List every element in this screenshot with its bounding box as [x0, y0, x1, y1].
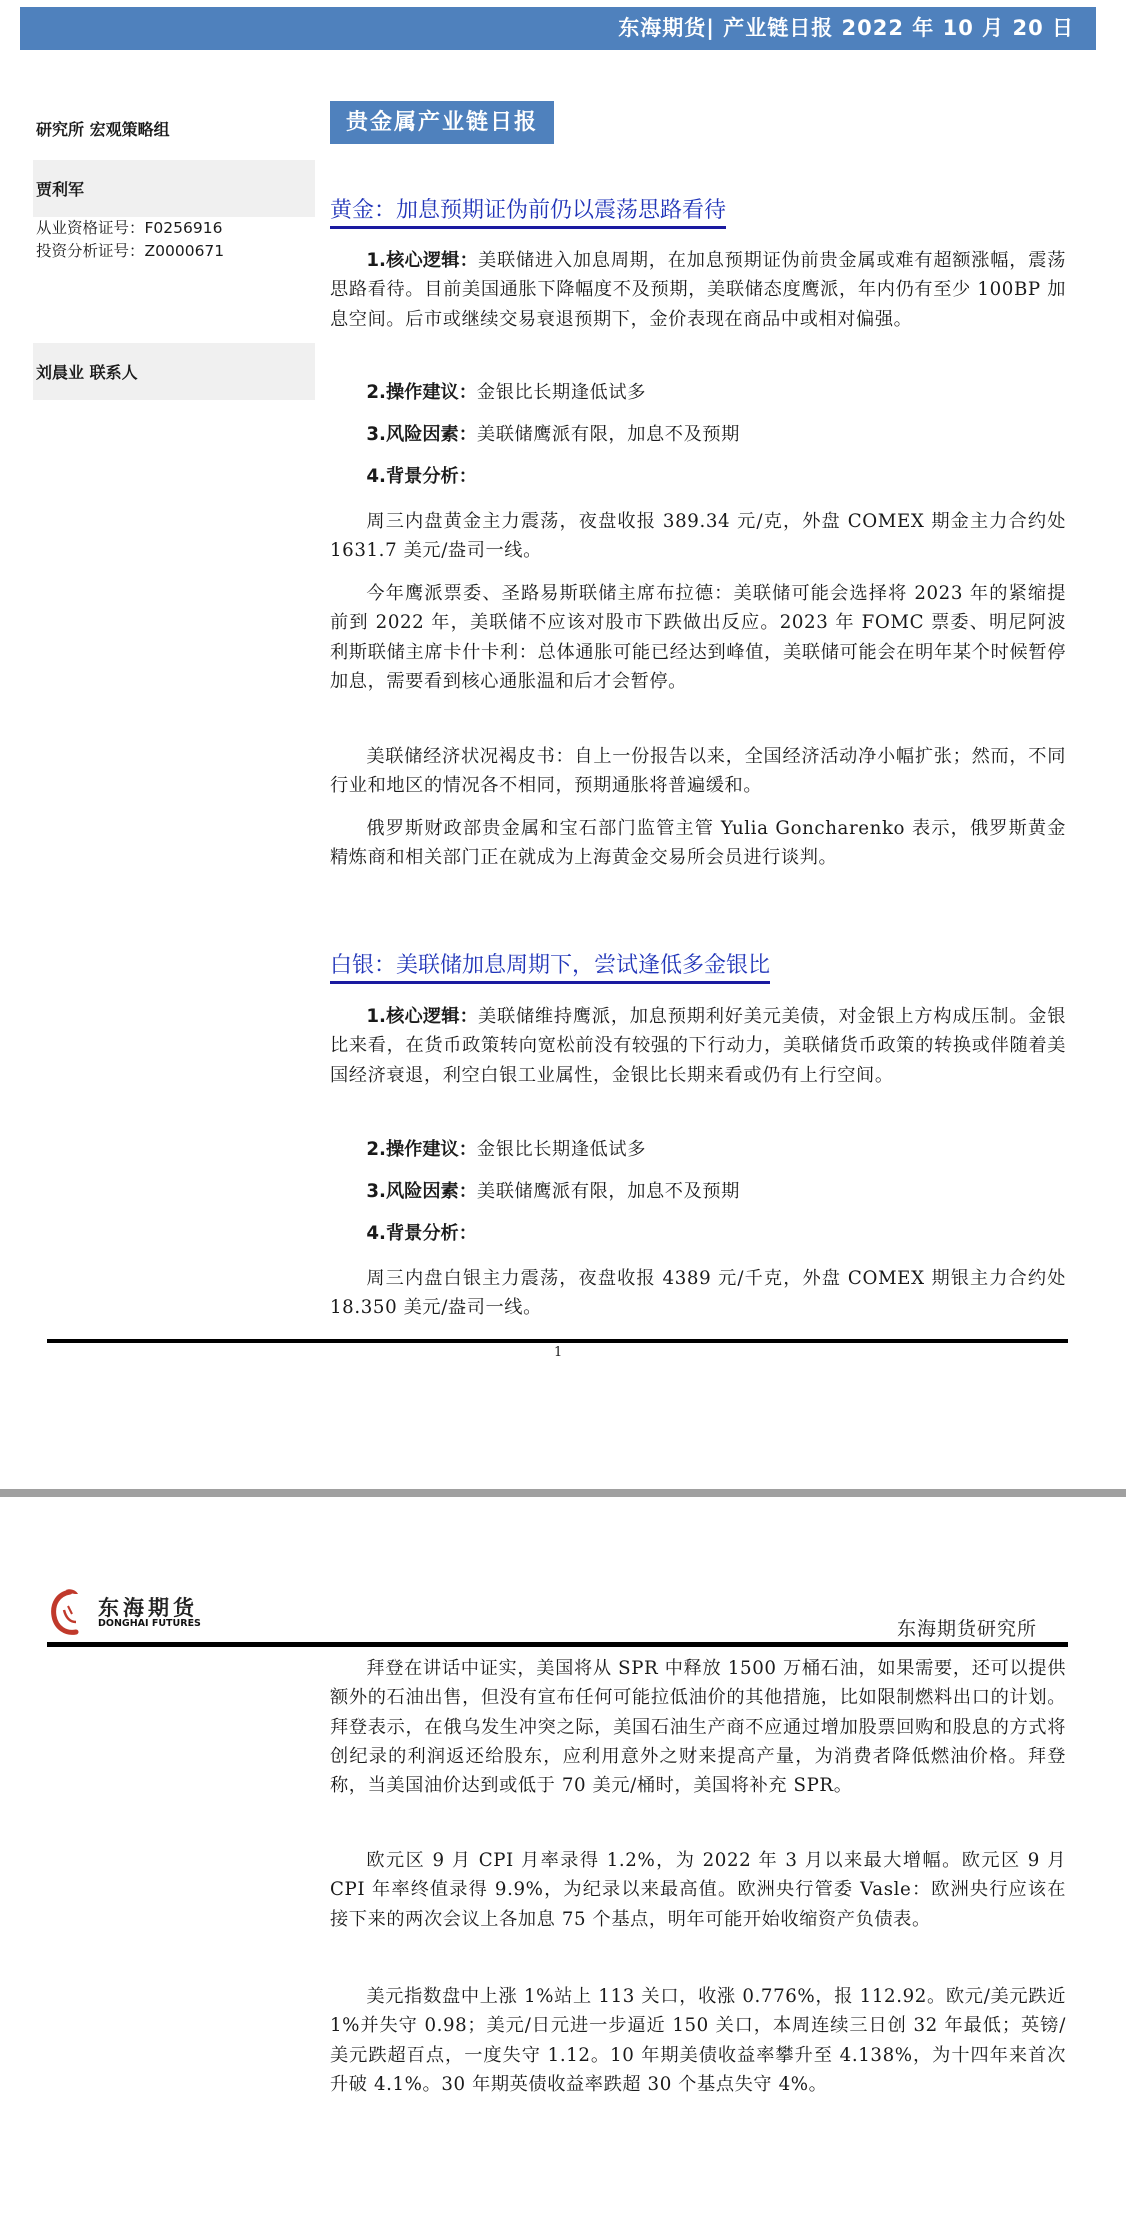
- qualification-cert: 从业资格证号：F0256916: [36, 217, 222, 240]
- gold-risk-text: 美联储鹰派有限，加息不及预期: [477, 424, 740, 445]
- donghai-logo: 东海期货 DONGHAI FUTURES: [48, 1588, 218, 1638]
- gold-background-label: 4.背景分析：: [366, 466, 477, 487]
- gold-operation: 2.操作建议：金银比长期逢低试多: [330, 378, 1066, 407]
- contact-name: 刘晨业 联系人: [36, 360, 138, 383]
- header-banner: 东海期货| 产业链日报 2022 年 10 月 20 日: [20, 7, 1096, 50]
- gold-background-para: 俄罗斯财政部贵金属和宝石部门监管主管 Yulia Goncharenko 表示，…: [330, 814, 1066, 873]
- analysis-cert: 投资分析证号：Z0000671: [36, 240, 224, 263]
- page2-paragraph: 拜登在讲话中证实，美国将从 SPR 中释放 1500 万桶石油，如果需要，还可以…: [330, 1654, 1066, 1800]
- gold-core-logic-label: 1.核心逻辑：: [366, 250, 478, 271]
- institute-label: 东海期货研究所: [897, 1614, 1037, 1641]
- silver-risk-text: 美联储鹰派有限，加息不及预期: [477, 1181, 740, 1202]
- page-number: 1: [554, 1345, 562, 1360]
- silver-section-title[interactable]: 白银：美联储加息周期下，尝试逢低多金银比: [330, 951, 770, 984]
- silver-background-label: 4.背景分析：: [366, 1223, 477, 1244]
- gold-background-para: 今年鹰派票委、圣路易斯联储主席布拉德：美联储可能会选择将 2023 年的紧缩提前…: [330, 579, 1066, 696]
- silver-operation-label: 2.操作建议：: [366, 1139, 477, 1160]
- gold-background-heading: 4.背景分析：: [330, 462, 1066, 491]
- silver-risk: 3.风险因素：美联储鹰派有限，加息不及预期: [330, 1177, 1066, 1206]
- logo-en: DONGHAI FUTURES: [98, 1618, 201, 1629]
- silver-core-logic: 1.核心逻辑：美联储维持鹰派，加息预期利好美元美债，对金银上方构成压制。金银比来…: [330, 1002, 1066, 1090]
- gold-operation-text: 金银比长期逢低试多: [477, 382, 646, 403]
- gold-background-para: 周三内盘黄金主力震荡，夜盘收报 389.34 元/克，外盘 COMEX 期金主力…: [330, 507, 1066, 566]
- gold-operation-label: 2.操作建议：: [366, 382, 477, 403]
- silver-core-logic-label: 1.核心逻辑：: [366, 1006, 478, 1027]
- gold-risk-label: 3.风险因素：: [366, 424, 477, 445]
- page-separator: [0, 1489, 1126, 1497]
- page2-paragraph: 美元指数盘中上涨 1%站上 113 关口，收涨 0.776%，报 112.92。…: [330, 1982, 1066, 2099]
- silver-background-para: 周三内盘白银主力震荡，夜盘收报 4389 元/千克，外盘 COMEX 期银主力合…: [330, 1264, 1066, 1323]
- gold-section-title[interactable]: 黄金：加息预期证伪前仍以震荡思路看待: [330, 196, 726, 229]
- silver-operation-text: 金银比长期逢低试多: [477, 1139, 646, 1160]
- silver-operation: 2.操作建议：金银比长期逢低试多: [330, 1135, 1066, 1164]
- page2-header-rule: [47, 1642, 1068, 1647]
- report-title: 贵金属产业链日报: [330, 101, 554, 144]
- banner-title: 东海期货| 产业链日报 2022 年 10 月 20 日: [618, 7, 1074, 50]
- footer-rule: [47, 1339, 1068, 1343]
- analyst-name: 贾利军: [36, 177, 84, 200]
- silver-risk-label: 3.风险因素：: [366, 1181, 477, 1202]
- gold-risk: 3.风险因素：美联储鹰派有限，加息不及预期: [330, 420, 1066, 449]
- page2-paragraph: 欧元区 9 月 CPI 月率录得 1.2%，为 2022 年 3 月以来最大增幅…: [330, 1846, 1066, 1934]
- gold-background-para: 美联储经济状况褐皮书：自上一份报告以来，全国经济活动净小幅扩张；然而，不同行业和…: [330, 742, 1066, 801]
- analyst-box: 贾利军: [33, 160, 315, 217]
- contact-box: 刘晨业 联系人: [33, 343, 315, 400]
- silver-background-heading: 4.背景分析：: [330, 1219, 1066, 1248]
- dept-label: 研究所 宏观策略组: [36, 117, 170, 140]
- dragon-logo-icon: [48, 1588, 94, 1636]
- gold-core-logic: 1.核心逻辑：美联储进入加息周期，在加息预期证伪前贵金属或难有超额涨幅，震荡思路…: [330, 246, 1066, 334]
